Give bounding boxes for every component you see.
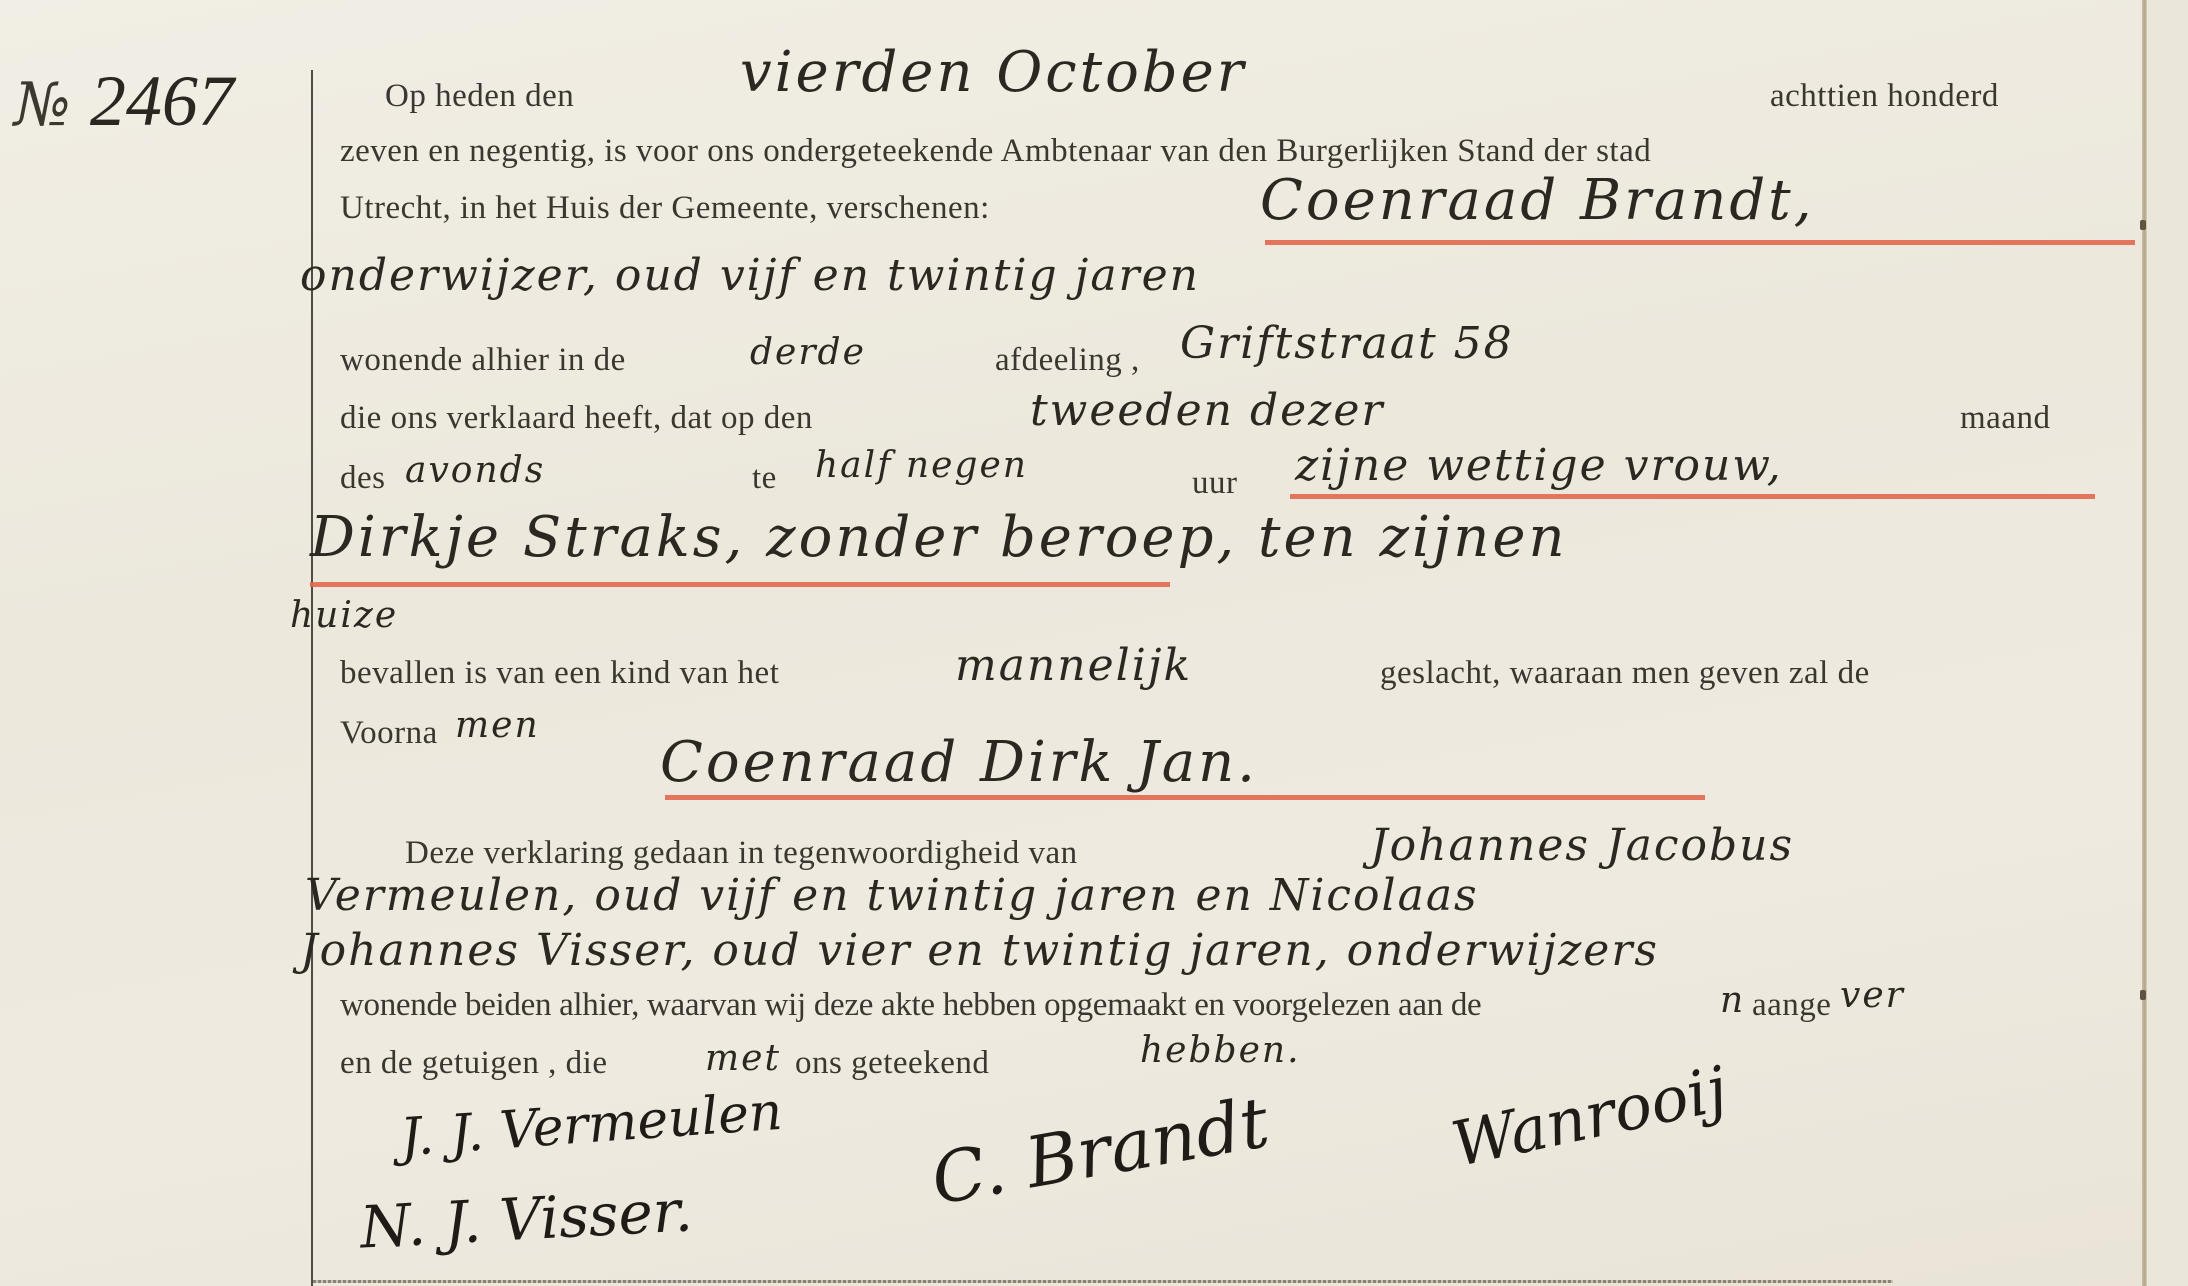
printed-text: des xyxy=(340,460,386,497)
printed-text: bevallen is van een kind van het xyxy=(340,655,779,692)
printed-text: afdeeling , xyxy=(995,342,1140,379)
handwritten-suffix: men xyxy=(455,705,540,746)
signature-witness-1: J. J. Vermeulen xyxy=(398,1082,784,1169)
handwritten-insert: hebben. xyxy=(1140,1030,1301,1071)
handwritten-insert: n xyxy=(1720,980,1745,1021)
adjacent-page-edge xyxy=(2147,0,2188,1286)
handwritten-insert: met xyxy=(705,1038,781,1079)
document-page: № 2467 Op heden den vierden October acht… xyxy=(0,0,2145,1286)
printed-text: Op heden den xyxy=(385,78,574,115)
printed-text: uur xyxy=(1192,465,1238,502)
printed-text: wonende beiden alhier, waarvan wij deze … xyxy=(340,987,1481,1024)
printed-text: maand xyxy=(1960,400,2050,437)
printed-text: Utrecht, in het Huis der Gemeente, versc… xyxy=(340,190,990,227)
handwritten-witness-2: Johannes Visser, oud vier en twintig jar… xyxy=(300,925,1659,976)
red-underline xyxy=(665,795,1705,800)
handwritten-child-names: Coenraad Dirk Jan. xyxy=(660,730,1258,795)
handwritten-sex: mannelijk xyxy=(955,640,1192,691)
handwritten-place: huize xyxy=(290,595,398,636)
handwritten-mother-name: Dirkje Straks, zonder beroep, ten zijnen xyxy=(310,505,1568,570)
handwritten-wife-label: zijne wettige vrouw, xyxy=(1295,440,1783,491)
handwritten-date: vierden October xyxy=(740,40,1247,105)
printed-text: te xyxy=(752,460,777,497)
handwritten-day: tweeden dezer xyxy=(1030,385,1384,436)
handwritten-witness-details: Vermeulen, oud vijf en twintig jaren en … xyxy=(305,870,1479,921)
handwritten-time-of-day: avonds xyxy=(405,450,545,491)
handwritten-hour: half negen xyxy=(815,445,1028,486)
printed-text: Deze verklaring gedaan in tegenwoordighe… xyxy=(405,835,1078,872)
printed-text: aange xyxy=(1752,987,1831,1024)
handwritten-address: Griftstraat 58 xyxy=(1180,318,1514,369)
signature-witness-2: N. J. Visser. xyxy=(358,1176,694,1261)
handwritten-insert: ver xyxy=(1840,975,1905,1016)
red-underline xyxy=(1290,494,2095,499)
handwritten-occupation: onderwijzer, oud vijf en twintig jaren xyxy=(300,250,1200,301)
signature-declarant: C. Brandt xyxy=(925,1081,1274,1221)
handwritten-witness-1: Johannes Jacobus xyxy=(1370,820,1794,871)
handwritten-declarant-name: Coenraad Brandt, xyxy=(1260,168,1815,233)
printed-text: achttien honderd xyxy=(1770,78,1999,115)
red-underline xyxy=(1265,240,2135,245)
handwritten-district: derde xyxy=(750,332,866,373)
printed-text: en de getuigen , die xyxy=(340,1045,608,1082)
binding-mark xyxy=(2140,990,2146,1000)
printed-text: ons geteekend xyxy=(795,1045,989,1082)
number-value: 2467 xyxy=(90,61,234,141)
red-underline xyxy=(310,582,1170,587)
record-number: № 2467 xyxy=(14,60,234,143)
printed-text: geslacht, waaraan men geven zal de xyxy=(1380,655,1870,692)
number-prefix: № xyxy=(14,70,71,140)
binding-mark xyxy=(2140,220,2146,230)
printed-text: Voorna xyxy=(340,715,438,752)
printed-text: zeven en negentig, is voor ons ondergete… xyxy=(340,133,1651,170)
printed-text: wonende alhier in de xyxy=(340,342,626,379)
bottom-rule xyxy=(313,1280,1893,1283)
printed-text: die ons verklaard heeft, dat op den xyxy=(340,400,813,437)
signature-official: Wanrooij xyxy=(1445,1052,1733,1181)
